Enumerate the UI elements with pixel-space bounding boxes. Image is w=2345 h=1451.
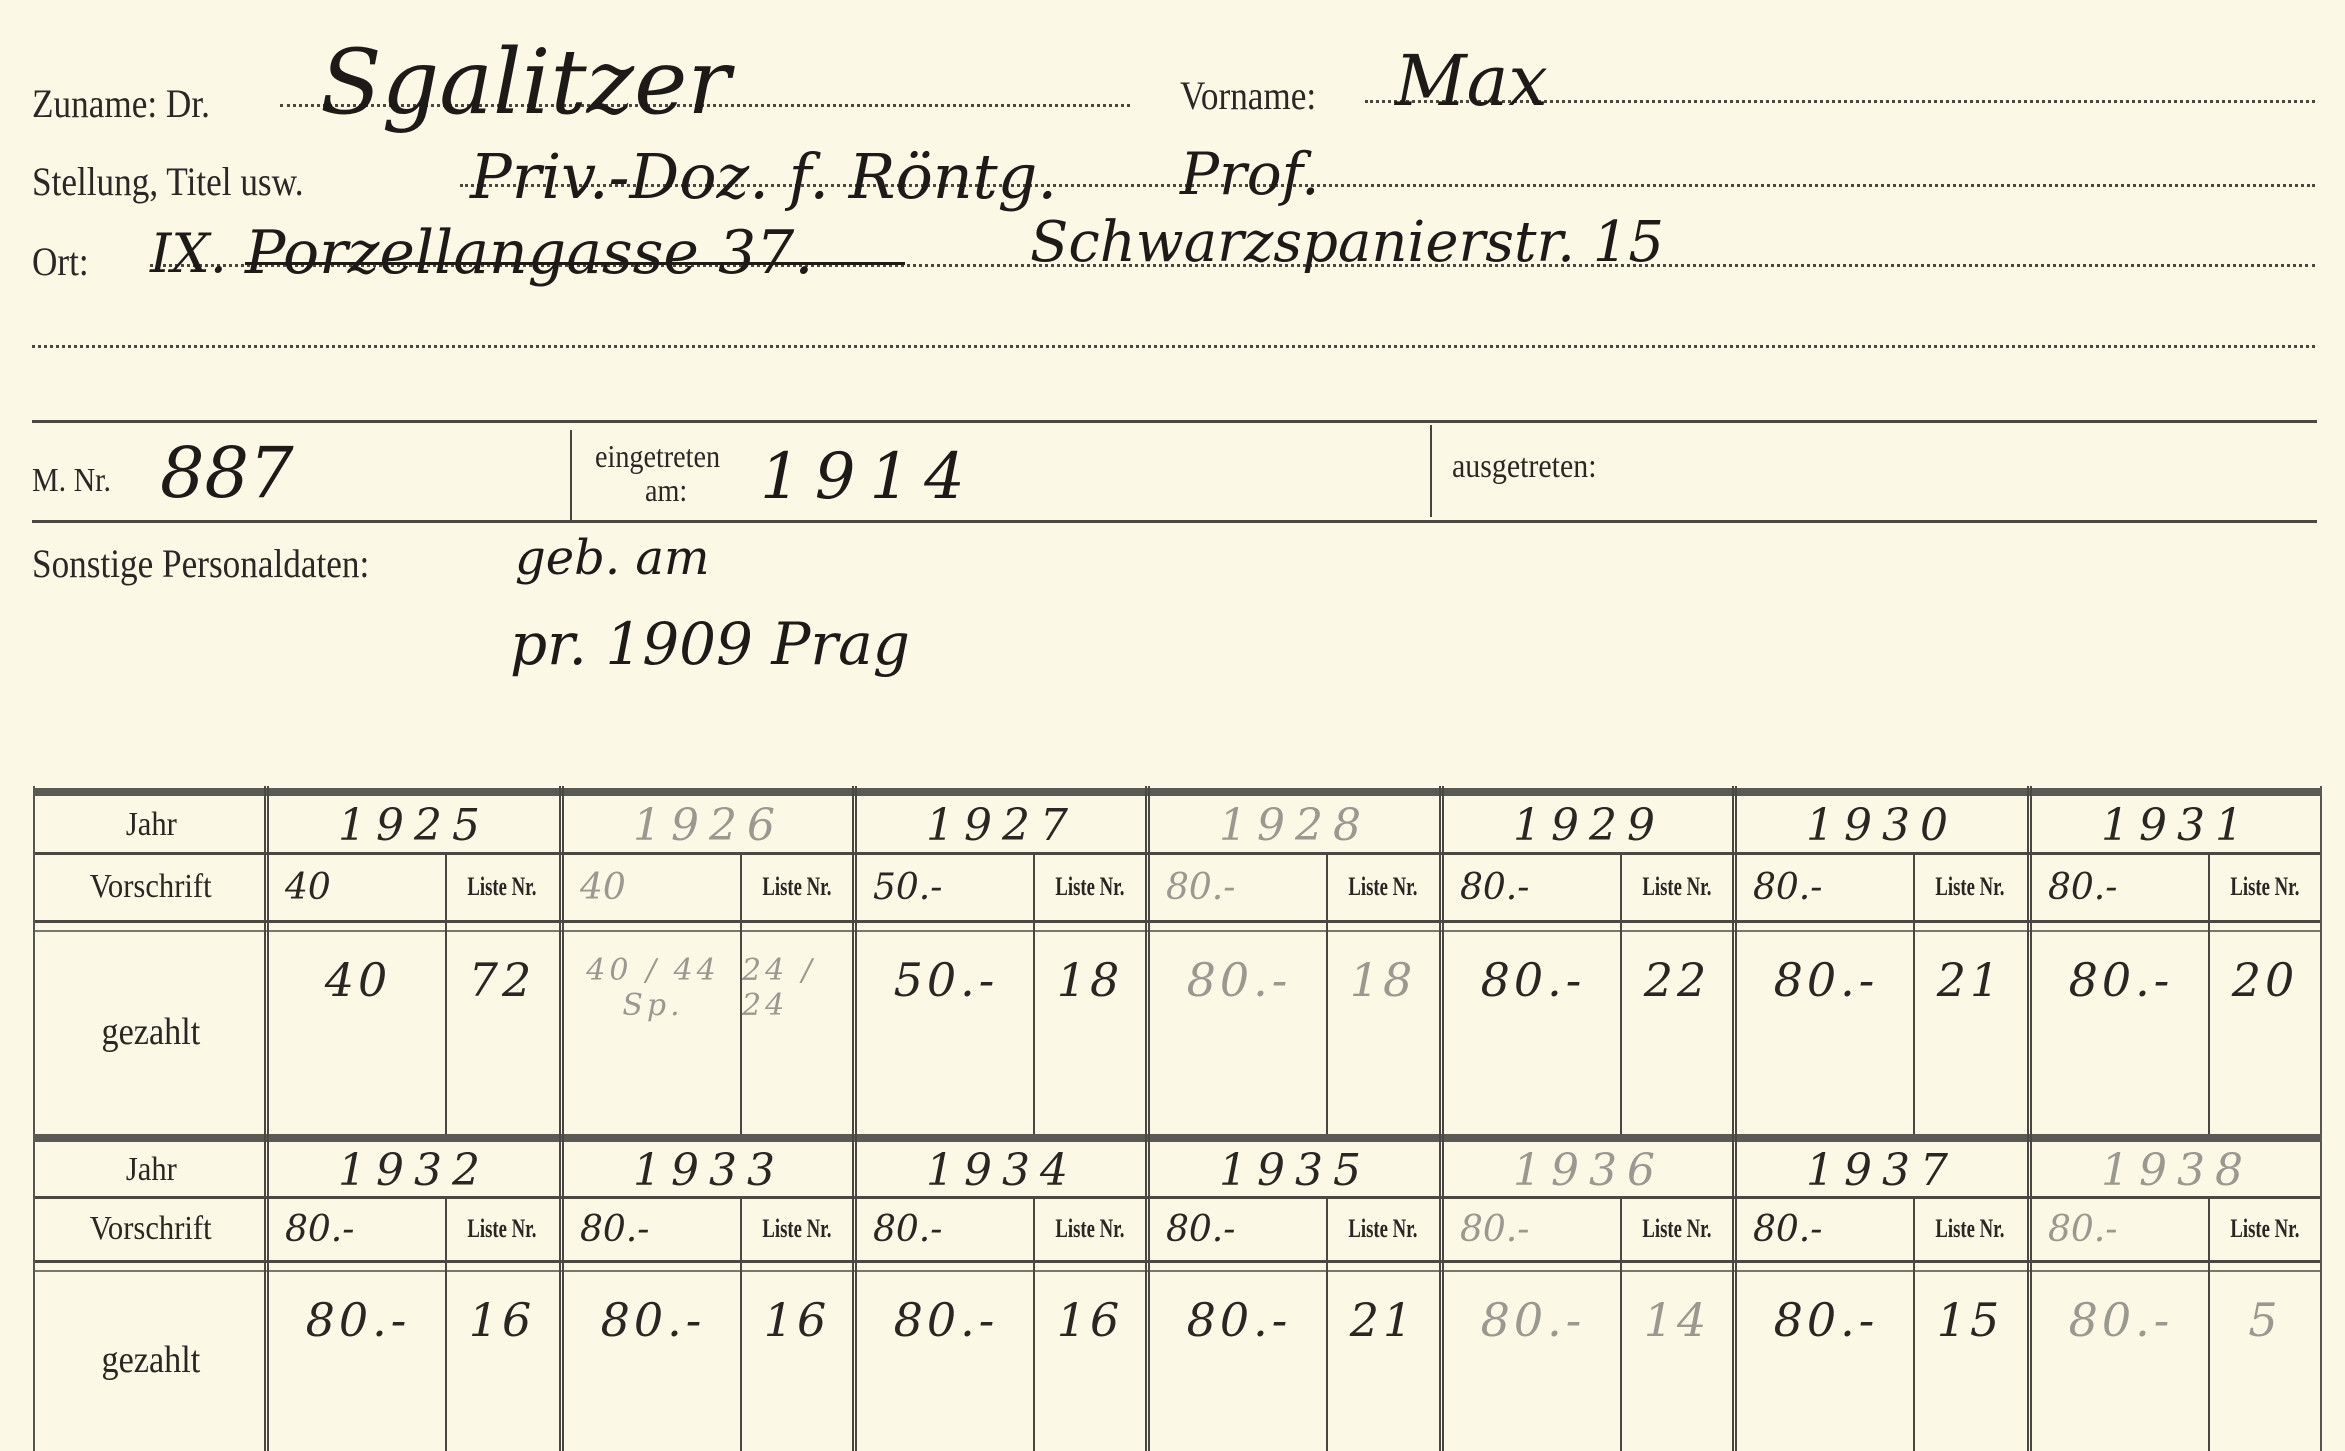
vorschrift-value: 50.- (859, 854, 1033, 920)
column-divider (1439, 1134, 1444, 1451)
vorschrift-value: 40 (566, 854, 740, 920)
gezahlt-value: 80.- (2034, 1269, 2208, 1451)
liste-nr-header: Liste Nr. (1035, 854, 1145, 920)
liste-nr-header: Liste Nr. (1622, 1198, 1732, 1260)
gezahlt-label: gezahlt (102, 1010, 201, 1054)
liste-nr-header: Liste Nr. (447, 1198, 557, 1260)
liste-nr-header: Liste Nr. (2210, 854, 2320, 920)
column-divider (852, 1134, 857, 1451)
row-label-gezahlt: gezahlt (35, 1269, 267, 1451)
liste-nr-value: 5 (2210, 1269, 2320, 1451)
table-top-rule (33, 1134, 2322, 1142)
eingetreten-label-am: am: (645, 472, 687, 509)
year-cell: 1932 (271, 1142, 557, 1198)
eingetreten-label: eingetreten (595, 438, 720, 475)
vorschrift-value: 80.- (2034, 854, 2208, 920)
row-label-jahr: Jahr (35, 1142, 267, 1198)
personal-data-line-1: geb. am (515, 530, 710, 586)
liste-nr-label: Liste Nr. (468, 1214, 537, 1244)
column-divider (2027, 1134, 2032, 1451)
year-cell: 1937 (1739, 1142, 2025, 1198)
liste-nr-header: Liste Nr. (2210, 1198, 2320, 1260)
year-cell: 1929 (1446, 796, 1732, 854)
vorschrift-label: Vorschrift (90, 1210, 212, 1248)
vorschrift-value: 80.- (859, 1198, 1033, 1260)
liste-nr-value: 22 (1622, 929, 1732, 1134)
liste-nr-label: Liste Nr. (1936, 1214, 2005, 1244)
year-cell: 1935 (1152, 1142, 1438, 1198)
payments-table-1925-1931: JahrVorschriftgezahlt192540Liste Nr.4072… (33, 786, 2322, 1134)
jahr-label: Jahr (126, 806, 177, 844)
liste-nr-header: Liste Nr. (1328, 1198, 1438, 1260)
mnr-label: M. Nr. (32, 462, 111, 500)
column-divider (264, 786, 269, 1134)
liste-nr-header: Liste Nr. (1328, 854, 1438, 920)
liste-nr-label: Liste Nr. (1349, 1214, 1418, 1244)
gezahlt-value: 80.- (1739, 1269, 1913, 1451)
membership-index-card: Zuname: Dr. Sgalitzer Vorname: Max Stell… (0, 0, 2345, 1451)
column-divider (264, 1134, 269, 1451)
liste-nr-value: 16 (447, 1269, 557, 1451)
vorschrift-value: 80.- (1739, 1198, 1913, 1260)
row-label-vorschrift: Vorschrift (35, 854, 267, 920)
ort-old-address: Porzellangasse 37. (245, 218, 813, 288)
extra-address-line (32, 345, 2315, 348)
gezahlt-label: gezahlt (102, 1338, 201, 1382)
liste-nr-value: 15 (1915, 1269, 2025, 1451)
strikethrough-line (245, 262, 905, 265)
year-cell: 1938 (2034, 1142, 2320, 1198)
column-divider (1732, 1134, 1737, 1451)
gezahlt-value: 80.- (1446, 1269, 1620, 1451)
column-divider (1145, 786, 1150, 1134)
jahr-label: Jahr (126, 1151, 177, 1189)
ausgetreten-label: ausgetreten: (1452, 448, 1597, 486)
vorschrift-value: 80.- (1739, 854, 1913, 920)
vorschrift-value: 80.- (271, 1198, 445, 1260)
liste-nr-label: Liste Nr. (763, 1214, 832, 1244)
membership-bottom-rule (32, 520, 2317, 523)
gezahlt-value: 80.- (2034, 929, 2208, 1134)
year-cell: 1930 (1739, 796, 2025, 854)
liste-nr-header: Liste Nr. (1622, 854, 1732, 920)
row-label-gezahlt: gezahlt (35, 929, 267, 1134)
table-top-rule (33, 788, 2322, 796)
liste-nr-label: Liste Nr. (2231, 1214, 2300, 1244)
liste-nr-header: Liste Nr. (742, 854, 852, 920)
liste-nr-value: 18 (1035, 929, 1145, 1134)
year-cell: 1931 (2034, 796, 2320, 854)
ort-new-address: Schwarzspanierstr. 15 (1030, 210, 1664, 275)
liste-nr-header: Liste Nr. (1915, 1198, 2025, 1260)
liste-nr-value: 21 (1328, 1269, 1438, 1451)
vorschrift-value: 80.- (1152, 1198, 1326, 1260)
membership-top-rule (32, 420, 2317, 423)
column-divider (1145, 1134, 1150, 1451)
liste-nr-header: Liste Nr. (1035, 1198, 1145, 1260)
vorschrift-value: 40 (271, 854, 445, 920)
liste-nr-value: 16 (742, 1269, 852, 1451)
gezahlt-value: 40 / 44 Sp. (566, 929, 740, 1134)
liste-nr-header: Liste Nr. (1915, 854, 2025, 920)
gezahlt-value: 40 (271, 929, 445, 1134)
liste-nr-header: Liste Nr. (742, 1198, 852, 1260)
stellung-value: Priv.-Doz. f. Röntg. (470, 140, 1057, 213)
liste-nr-label: Liste Nr. (763, 872, 832, 902)
gezahlt-value: 80.- (1739, 929, 1913, 1134)
personal-data-label: Sonstige Personaldaten: (32, 540, 369, 587)
vorschrift-value: 80.- (1446, 854, 1620, 920)
zuname-label: Zuname: Dr. (32, 80, 210, 127)
liste-nr-value: 24 / 24 (742, 929, 852, 1134)
ort-label: Ort: (32, 238, 89, 285)
gezahlt-value: 80.- (566, 1269, 740, 1451)
mnr-value: 887 (160, 432, 294, 514)
liste-nr-value: 16 (1035, 1269, 1145, 1451)
year-cell: 1928 (1152, 796, 1438, 854)
personal-data-line-2: pr. 1909 Prag (510, 610, 910, 678)
payments-table-1932-1938: JahrVorschriftgezahlt193280.-Liste Nr.80… (33, 1134, 2322, 1451)
column-divider (852, 786, 857, 1134)
year-cell: 1925 (271, 796, 557, 854)
column-divider (2027, 786, 2032, 1134)
vorname-label: Vorname: (1180, 72, 1316, 119)
year-cell: 1934 (859, 1142, 1145, 1198)
column-divider (559, 786, 564, 1134)
year-cell: 1927 (859, 796, 1145, 854)
gezahlt-value: 80.- (1446, 929, 1620, 1134)
vorschrift-value: 80.- (1152, 854, 1326, 920)
liste-nr-value: 72 (447, 929, 557, 1134)
gezahlt-value: 80.- (271, 1269, 445, 1451)
liste-nr-value: 20 (2210, 929, 2320, 1134)
liste-nr-header: Liste Nr. (447, 854, 557, 920)
membership-divider-2 (1430, 425, 1432, 517)
vorschrift-value: 80.- (2034, 1198, 2208, 1260)
year-cell: 1933 (566, 1142, 852, 1198)
row-label-vorschrift: Vorschrift (35, 1198, 267, 1260)
gezahlt-value: 50.- (859, 929, 1033, 1134)
gezahlt-value: 80.- (1152, 929, 1326, 1134)
row-label-jahr: Jahr (35, 796, 267, 854)
stellung-label: Stellung, Titel usw. (32, 158, 304, 205)
liste-nr-label: Liste Nr. (1936, 872, 2005, 902)
liste-nr-label: Liste Nr. (1056, 1214, 1125, 1244)
column-divider (1439, 786, 1444, 1134)
liste-nr-label: Liste Nr. (1349, 872, 1418, 902)
column-divider (559, 1134, 564, 1451)
liste-nr-value: 21 (1915, 929, 2025, 1134)
liste-nr-label: Liste Nr. (1643, 872, 1712, 902)
vorschrift-label: Vorschrift (90, 868, 212, 906)
column-divider (1732, 786, 1737, 1134)
gezahlt-value: 80.- (1152, 1269, 1326, 1451)
liste-nr-label: Liste Nr. (1056, 872, 1125, 902)
zuname-value: Sgalitzer (320, 30, 730, 135)
vorschrift-value: 80.- (1446, 1198, 1620, 1260)
vorschrift-value: 80.- (566, 1198, 740, 1260)
liste-nr-label: Liste Nr. (2231, 872, 2300, 902)
year-cell: 1926 (566, 796, 852, 854)
ort-district: IX. (150, 222, 227, 285)
gezahlt-value: 80.- (859, 1269, 1033, 1451)
stellung-addition: Prof. (1180, 140, 1320, 208)
liste-nr-value: 14 (1622, 1269, 1732, 1451)
eingetreten-value: 1914 (760, 440, 979, 514)
liste-nr-label: Liste Nr. (1643, 1214, 1712, 1244)
vorname-value: Max (1395, 40, 1548, 122)
membership-divider-1 (570, 430, 572, 520)
year-cell: 1936 (1446, 1142, 1732, 1198)
liste-nr-label: Liste Nr. (468, 872, 537, 902)
liste-nr-value: 18 (1328, 929, 1438, 1134)
